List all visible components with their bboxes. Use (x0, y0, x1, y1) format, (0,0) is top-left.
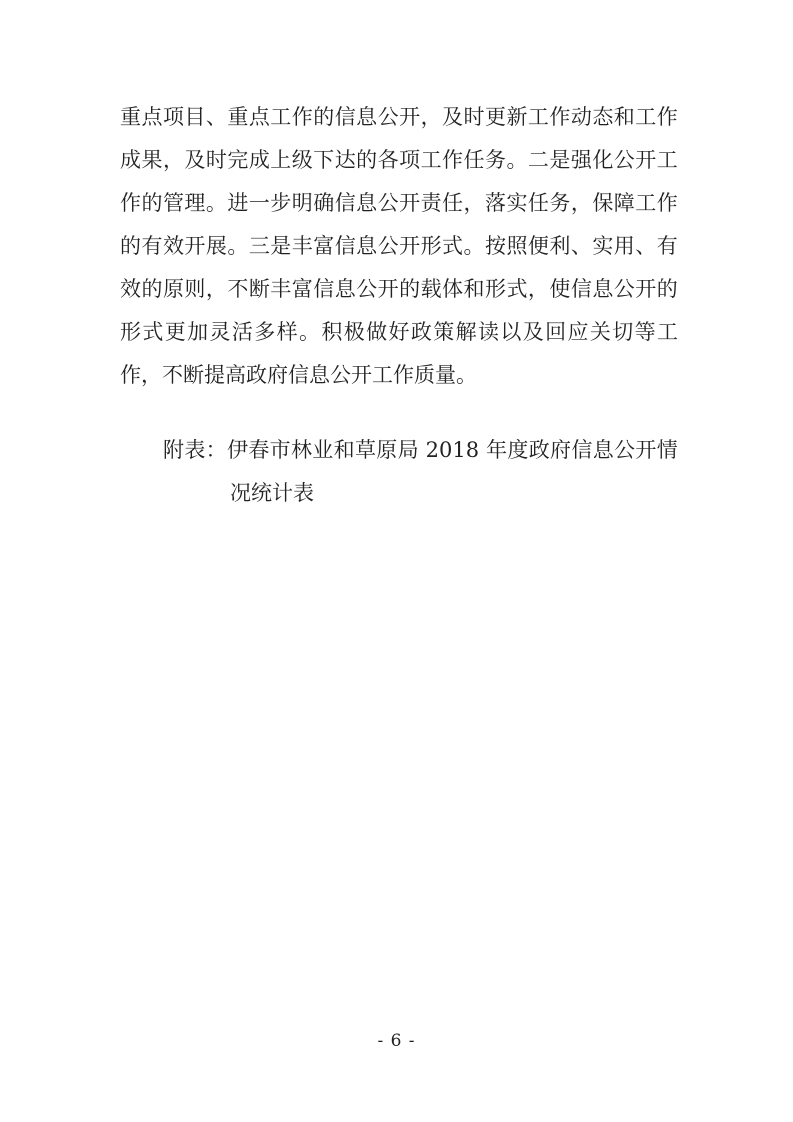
text-glyph: 及 (523, 311, 544, 354)
text-glyph: 丰 (270, 268, 291, 311)
text-glyph: 更 (485, 96, 506, 139)
text-glyph: 展 (206, 225, 227, 268)
text-glyph: 效 (163, 225, 184, 268)
text-glyph: 富 (292, 268, 313, 311)
text-glyph: 实 (592, 225, 613, 268)
text-glyph: 项 (399, 139, 420, 182)
text-glyph: 林 (291, 429, 312, 472)
text-glyph: 的 (313, 96, 334, 139)
text-glyph: 工 (635, 182, 656, 225)
text-glyph: 开 (184, 225, 205, 268)
text-glyph: 公 (378, 225, 399, 268)
text-glyph: 各 (378, 139, 399, 182)
text-glyph: 开 (378, 268, 399, 311)
text-glyph: ， (528, 268, 549, 311)
text-glyph: 切 (612, 311, 633, 354)
text-glyph: 工 (270, 96, 291, 139)
text-glyph: 度 (507, 429, 528, 472)
text-glyph: 政 (411, 311, 432, 354)
page-number: - 6 - (0, 1031, 793, 1051)
text-glyph: 开 (635, 268, 656, 311)
text-glyph: 开 (399, 182, 420, 225)
text-glyph: 富 (313, 225, 334, 268)
text-glyph: 任 (464, 139, 485, 182)
text-glyph: 作 (442, 139, 463, 182)
text-glyph: 作 (120, 182, 141, 225)
text-glyph: 开 (399, 96, 420, 139)
text-line: 况统计表 (230, 472, 678, 515)
text-glyph: ， (163, 139, 184, 182)
text-glyph: 、 (635, 225, 656, 268)
text-glyph: 是 (270, 225, 291, 268)
text-glyph: ， (571, 182, 592, 225)
text-glyph: 工 (528, 96, 549, 139)
text-glyph: 工 (657, 139, 678, 182)
text-glyph: 使 (549, 268, 570, 311)
text-glyph: 二 (528, 139, 549, 182)
text-glyph: 实 (506, 182, 527, 225)
text-glyph: 和 (614, 96, 635, 139)
text-glyph: 有 (141, 225, 162, 268)
text-glyph: 效 (120, 268, 141, 311)
text-glyph: 作 (657, 182, 678, 225)
text-line: 的有效开展。三是丰富信息公开形式。按照便利、实用、有 (120, 225, 678, 268)
text-glyph: 信 (335, 225, 356, 268)
text-glyph: 。 (299, 311, 320, 354)
text-glyph: ， (464, 182, 485, 225)
text-glyph: 公 (614, 139, 635, 182)
text-glyph: 草 (355, 429, 376, 472)
text-glyph: 载 (421, 268, 442, 311)
text-glyph: 开 (399, 225, 420, 268)
text-glyph: 、 (571, 225, 592, 268)
text-glyph: 务 (549, 182, 570, 225)
text-glyph: 开 (635, 139, 656, 182)
text-line: 成果，及时完成上级下达的各项工作任务。二是强化公开工 (120, 139, 678, 182)
text-glyph: 多 (254, 311, 275, 354)
text-glyph: 目 (184, 96, 205, 139)
text-glyph: 息 (356, 225, 377, 268)
text-glyph: 点 (249, 96, 270, 139)
text-glyph: 明 (292, 182, 313, 225)
text-glyph: 管 (163, 182, 184, 225)
text-glyph: 级 (292, 139, 313, 182)
text-glyph: 读 (478, 311, 499, 354)
text-glyph: 关 (590, 311, 611, 354)
text-glyph: 完 (227, 139, 248, 182)
text-glyph: 应 (568, 311, 589, 354)
text-glyph: 务 (485, 139, 506, 182)
text-glyph: 障 (614, 182, 635, 225)
text-glyph: 工 (657, 311, 678, 354)
text-glyph: 三 (249, 225, 270, 268)
text-glyph: 保 (592, 182, 613, 225)
text-glyph: 积 (321, 311, 342, 354)
text-glyph: 有 (657, 225, 678, 268)
text-glyph: 息 (356, 182, 377, 225)
text-glyph: 的 (141, 268, 162, 311)
text-glyph: 公 (378, 182, 399, 225)
text-glyph: 作 (657, 96, 678, 139)
text-glyph: 确 (313, 182, 334, 225)
text-glyph: 果 (141, 139, 162, 182)
text-glyph: 。 (206, 182, 227, 225)
text-glyph: 息 (592, 268, 613, 311)
text-line: 重点项目、重点工作的信息公开，及时更新工作动态和工作 (120, 96, 678, 139)
text-glyph: 开 (635, 429, 656, 472)
text-glyph: 信 (335, 182, 356, 225)
text-glyph: 达 (335, 139, 356, 182)
body-paragraph: 重点项目、重点工作的信息公开，及时更新工作动态和工作成果，及时完成上级下达的各项… (120, 96, 678, 397)
text-glyph: ： (206, 429, 227, 472)
text-glyph: 好 (389, 311, 410, 354)
text-glyph: 情 (657, 429, 678, 472)
text-glyph: 的 (141, 182, 162, 225)
text-line: 效的原则，不断丰富信息公开的载体和形式，使信息公开的 (120, 268, 678, 311)
text-glyph: 年 (486, 429, 507, 472)
text-glyph: 信 (335, 96, 356, 139)
text-glyph: 责 (421, 182, 442, 225)
text-glyph: 项 (163, 96, 184, 139)
text-glyph: 的 (120, 225, 141, 268)
text-glyph: 式 (442, 225, 463, 268)
text-glyph: 时 (206, 139, 227, 182)
text-glyph: 上 (270, 139, 291, 182)
text-glyph: 灵 (210, 311, 231, 354)
text-glyph: 理 (184, 182, 205, 225)
text-glyph: 成 (120, 139, 141, 182)
text-glyph: 等 (635, 311, 656, 354)
text-glyph: 的 (657, 268, 678, 311)
text-glyph: 府 (550, 429, 571, 472)
text-glyph: 一 (249, 182, 270, 225)
text-glyph: 公 (614, 429, 635, 472)
text-glyph: 和 (334, 429, 355, 472)
text-glyph: 时 (464, 96, 485, 139)
text-glyph: 按 (485, 225, 506, 268)
text-glyph: 伊 (227, 429, 248, 472)
text-glyph: 步 (270, 182, 291, 225)
text-glyph: 极 (344, 311, 365, 354)
text-glyph: 用 (614, 225, 635, 268)
text-glyph: 政 (529, 429, 550, 472)
text-glyph: 解 (456, 311, 477, 354)
text-glyph: 作 (292, 96, 313, 139)
text-glyph: 形 (120, 311, 141, 354)
text-glyph: 及 (184, 139, 205, 182)
text-glyph: 式 (142, 311, 163, 354)
text-line: 附表：伊春市林业和草原局 2018 年度政府信息公开情 (163, 429, 678, 472)
text-glyph: 和 (464, 268, 485, 311)
text-glyph: 息 (593, 429, 614, 472)
text-glyph: 是 (549, 139, 570, 182)
text-glyph: 下 (313, 139, 334, 182)
text-glyph: 策 (433, 311, 454, 354)
text-glyph: 落 (485, 182, 506, 225)
text-glyph: ， (206, 268, 227, 311)
text-glyph: 活 (232, 311, 253, 354)
attachment-note: 附表：伊春市林业和草原局 2018 年度政府信息公开情况统计表 (163, 429, 678, 515)
text-glyph: 利 (549, 225, 570, 268)
text-glyph: 春 (248, 429, 269, 472)
document-page: 重点项目、重点工作的信息公开，及时更新工作动态和工作成果，及时完成上级下达的各项… (0, 0, 793, 1122)
text-glyph: 工 (421, 139, 442, 182)
text-glyph: 新 (506, 96, 527, 139)
text-glyph: 体 (442, 268, 463, 311)
text-glyph: 信 (571, 268, 592, 311)
text-glyph: 的 (399, 268, 420, 311)
text-glyph: 及 (442, 96, 463, 139)
text-glyph: 工 (635, 96, 656, 139)
text-glyph: 样 (277, 311, 298, 354)
text-glyph: 的 (356, 139, 377, 182)
text-glyph: 重 (227, 96, 248, 139)
text-glyph: 。 (227, 225, 248, 268)
text-glyph: 不 (227, 268, 248, 311)
text-glyph: 重 (120, 96, 141, 139)
text-glyph: 便 (528, 225, 549, 268)
text-glyph: 形 (421, 225, 442, 268)
text-glyph: 任 (442, 182, 463, 225)
text-glyph: 动 (571, 96, 592, 139)
text-glyph: 息 (335, 268, 356, 311)
text-glyph: ， (421, 96, 442, 139)
text-glyph: 。 (464, 225, 485, 268)
text-glyph: 表 (184, 429, 205, 472)
text-glyph: 、 (206, 96, 227, 139)
text-glyph: 。 (506, 139, 527, 182)
text-glyph: 以 (500, 311, 521, 354)
text-glyph: 丰 (292, 225, 313, 268)
text-line: 形式更加灵活多样。积极做好政策解读以及回应关切等工 (120, 311, 678, 354)
text-glyph: 信 (313, 268, 334, 311)
text-glyph: 照 (506, 225, 527, 268)
text-glyph: 进 (227, 182, 248, 225)
text-glyph: 原 (163, 268, 184, 311)
text-glyph: 息 (356, 96, 377, 139)
text-glyph: 信 (571, 429, 592, 472)
text-glyph: 断 (249, 268, 270, 311)
text-glyph: 则 (184, 268, 205, 311)
text-glyph: 2018 (419, 429, 486, 472)
text-glyph: 作 (549, 96, 570, 139)
text-glyph: 成 (249, 139, 270, 182)
text-glyph: 态 (592, 96, 613, 139)
text-glyph: 式 (506, 268, 527, 311)
text-glyph: 原 (376, 429, 397, 472)
text-glyph: 更 (165, 311, 186, 354)
text-glyph: 附 (163, 429, 184, 472)
text-line: 作，不断提高政府信息公开工作质量。 (120, 354, 678, 397)
text-glyph: 形 (485, 268, 506, 311)
text-glyph: 化 (592, 139, 613, 182)
text-glyph: 加 (187, 311, 208, 354)
text-glyph: 任 (528, 182, 549, 225)
text-glyph: 点 (141, 96, 162, 139)
text-glyph: 市 (270, 429, 291, 472)
text-glyph: 强 (571, 139, 592, 182)
text-glyph: 公 (614, 268, 635, 311)
text-glyph: 业 (312, 429, 333, 472)
text-glyph: 公 (378, 96, 399, 139)
text-glyph: 局 (398, 429, 419, 472)
text-glyph: 公 (356, 268, 377, 311)
text-line: 作的管理。进一步明确信息公开责任，落实任务，保障工作 (120, 182, 678, 225)
text-glyph: 做 (366, 311, 387, 354)
text-glyph: 回 (545, 311, 566, 354)
